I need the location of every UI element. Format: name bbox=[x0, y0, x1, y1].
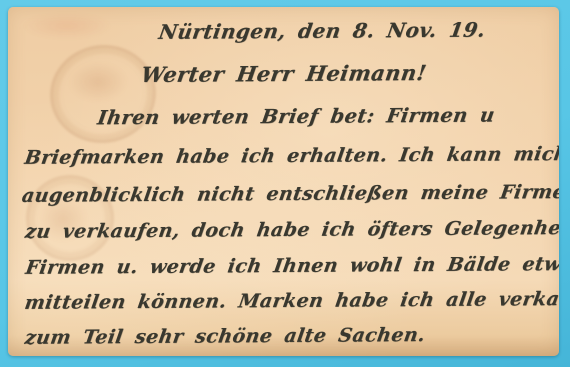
message-line: Firmen u. werde ich Ihnen wohl in Bälde … bbox=[24, 253, 559, 279]
message-line: mitteilen können. Marken habe ich alle v… bbox=[23, 288, 559, 314]
message-line: zu verkaufen, doch habe ich öfters Geleg… bbox=[24, 217, 559, 243]
dateline: Nürtingen, den 8. Nov. 19. bbox=[157, 18, 487, 44]
handwritten-message: Nürtingen, den 8. Nov. 19. Werter Herr H… bbox=[8, 7, 559, 356]
message-line: Briefmarken habe ich erhalten. Ich kann … bbox=[23, 143, 559, 169]
postcard: Nürtingen, den 8. Nov. 19. Werter Herr H… bbox=[8, 7, 559, 356]
message-line: zum Teil sehr schöne alte Sachen. bbox=[23, 324, 426, 349]
salutation: Werter Herr Heimann! bbox=[139, 60, 428, 87]
message-line: Ihren werten Brief bet: Firmen u bbox=[96, 104, 497, 130]
message-line: augenblicklich nicht entschließen meine … bbox=[20, 181, 559, 207]
scan-background: Nürtingen, den 8. Nov. 19. Werter Herr H… bbox=[0, 0, 570, 367]
